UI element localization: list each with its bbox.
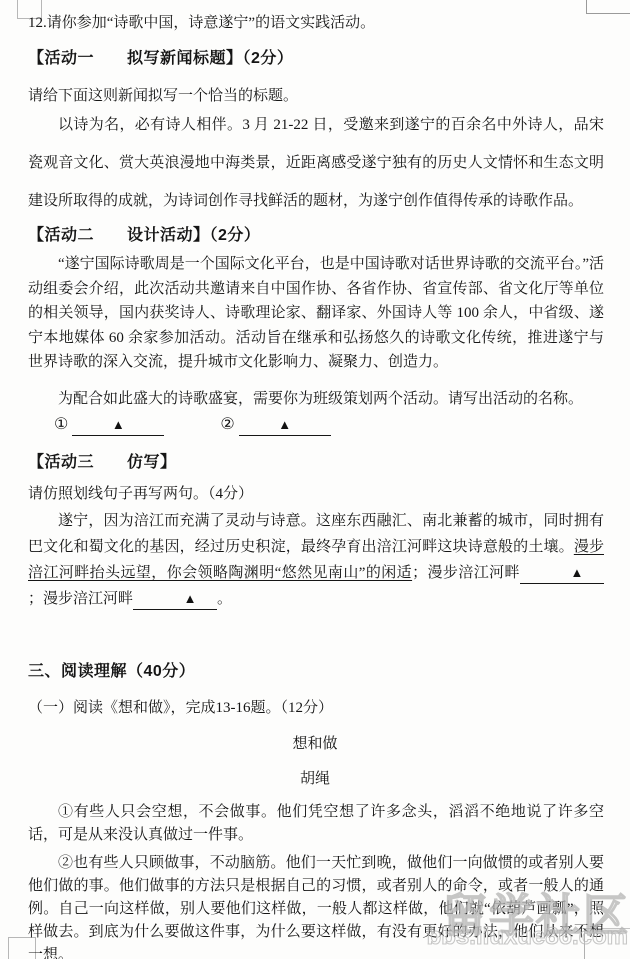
answer-blank-1: ▲ (72, 418, 164, 436)
activity2-intro-paragraph: “遂宁国际诗歌周是一个国际文化平台，也是中国诗歌对话世界诗歌的交流平台。”活动组… (28, 252, 604, 375)
model-text-mid2: ；漫步涪江 (28, 591, 103, 607)
section3-heading: 三、阅读理解（40分） (28, 661, 604, 683)
question-12-stem: 12.请你参加“诗歌中国，诗意遂宁”的语文实践活动。 (28, 12, 604, 34)
essay-paragraph-2: ②也有些人只顾做事，不动脑筋。他们一天忙到晚，做他们一向做惯的或者别人要他们做的… (28, 852, 604, 959)
activity1-instruction: 请给下面这则新闻拟写一个恰当的标题。 (28, 85, 604, 107)
activity2-heading: 【活动二 设计活动】（2分） (28, 225, 604, 247)
model-text-mid1: ；漫步涪江河畔 (412, 565, 520, 581)
model-text-mid3: 河畔 (103, 591, 133, 607)
activity2-answer-blanks: ①▲②▲ (28, 414, 630, 436)
answer-triangle-3: ▲ (571, 565, 584, 580)
activity1-heading: 【活动一 拟写新闻标题】（2分） (28, 48, 604, 70)
activity3-instruction: 请仿照划线句子再写两句。（4分） (28, 483, 604, 505)
reading-intro: （一）阅读《想和做》，完成13-16题。（12分） (28, 697, 604, 719)
blank2-number: ② (220, 416, 234, 433)
activity3-model-paragraph: 遂宁，因为涪江而充满了灵动与诗意。这座东西融汇、南北兼蓄的城市，同时拥有巴文化和… (28, 508, 604, 612)
essay-paragraph-1: ①有些人只会空想，不会做事。他们凭空想了许多念头，滔滔不绝地说了许多空话，可是从… (28, 801, 604, 847)
activity3-heading: 【活动三 仿写】 (28, 452, 604, 474)
exam-page: 12.请你参加“诗歌中国，诗意遂宁”的语文实践活动。 【活动一 拟写新闻标题】（… (0, 0, 630, 959)
answer-blank-2: ▲ (239, 418, 331, 436)
activity2-task: 为配合如此盛大的诗歌盛宴，需要你为班级策划两个活动。请写出活动的名称。 (28, 388, 604, 410)
answer-blank-3: ▲ (520, 566, 604, 584)
activity1-news-paragraph: 以诗为名，必有诗人相伴。3 月 21-22 日，受邀来到遂宁的百余名中外诗人，品… (28, 106, 604, 220)
answer-triangle-2: ▲ (278, 417, 291, 432)
model-text-end: 。 (217, 591, 232, 607)
answer-triangle-1: ▲ (112, 417, 125, 432)
model-text-lead: 遂宁，因为涪江而充满了灵动与诗意。这座东西融汇、南北兼蓄的城市，同时拥有巴文化和… (28, 513, 604, 555)
essay-title: 想和做 (0, 733, 630, 755)
blank1-number: ① (54, 416, 68, 433)
answer-blank-4: ▲ (133, 592, 217, 610)
answer-triangle-4: ▲ (184, 591, 197, 606)
essay-author: 胡绳 (0, 768, 630, 790)
